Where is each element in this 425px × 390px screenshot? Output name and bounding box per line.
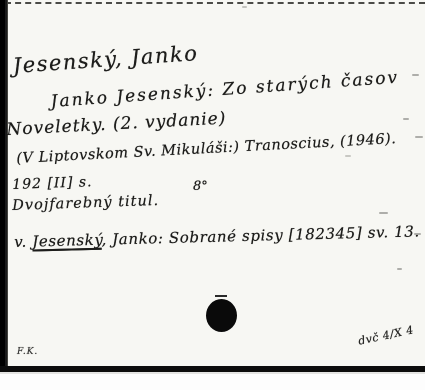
scan-noise [415, 136, 423, 138]
punch-hole [206, 299, 237, 332]
scanned-catalog-card: Jesenský, Janko Janko Jesenský: Zo starý… [0, 0, 425, 390]
format-mark: 8° [193, 179, 208, 194]
bottom-scan-shadow [0, 372, 425, 374]
scan-noise [412, 74, 419, 76]
scan-noise [379, 212, 388, 214]
scan-noise [242, 6, 247, 8]
cross-reference-name: Jesenský [32, 231, 102, 251]
cross-reference-prefix: v. [14, 233, 32, 251]
scan-noise [397, 268, 402, 270]
top-scan-edge [5, 2, 425, 4]
scan-noise [403, 118, 409, 120]
cataloguer-initials: F.K. [17, 347, 38, 357]
scan-noise [345, 155, 351, 157]
left-scan-edge [0, 0, 8, 371]
collation-line: 192 [II] s. [12, 174, 93, 193]
scan-noise [414, 233, 421, 235]
